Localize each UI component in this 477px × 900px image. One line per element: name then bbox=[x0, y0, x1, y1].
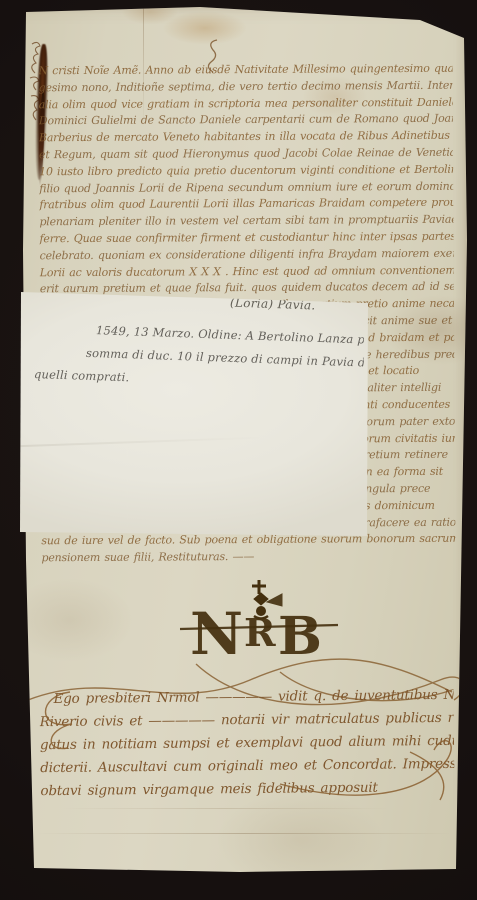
monogram-letter-b: B bbox=[278, 606, 322, 667]
monogram-letter-n: N bbox=[190, 600, 243, 668]
horizontal-fold-crease bbox=[36, 833, 452, 834]
notary-subscription: Ego presbiteri Nrmol ————— vidit q. de i… bbox=[39, 684, 454, 803]
slip-crease bbox=[20, 433, 369, 447]
slip-note: 1549, 13 Marzo. Oldine: A Bertolino Lanz… bbox=[34, 317, 364, 386]
subscription-line: obtavi signum virgamque meis fidelibus a… bbox=[40, 776, 454, 803]
photo-background: N cristi Noĩe Amẽ. Anno ab eiusdē Nativi… bbox=[0, 0, 477, 900]
archivist-slip: (Loria) Pavia. 1549, 13 Marzo. Oldine: A… bbox=[20, 289, 369, 541]
horizontal-fold-crease-2 bbox=[60, 808, 390, 809]
manuscript-line: 10 iusto libro predicto quia pretio duce… bbox=[39, 162, 453, 181]
subscription-line: dicterii. Auscultavi cum originali meo e… bbox=[40, 753, 454, 780]
manuscript-line: gesimo nono, Inditioñe septima, die vero… bbox=[39, 78, 453, 97]
monogram-letter-r: R bbox=[244, 610, 276, 655]
manuscript-line: pensionem suae filii, Restituturas. —— bbox=[41, 548, 455, 567]
manuscript-line: celebrato. quoniam ex consideratione dil… bbox=[40, 246, 454, 265]
